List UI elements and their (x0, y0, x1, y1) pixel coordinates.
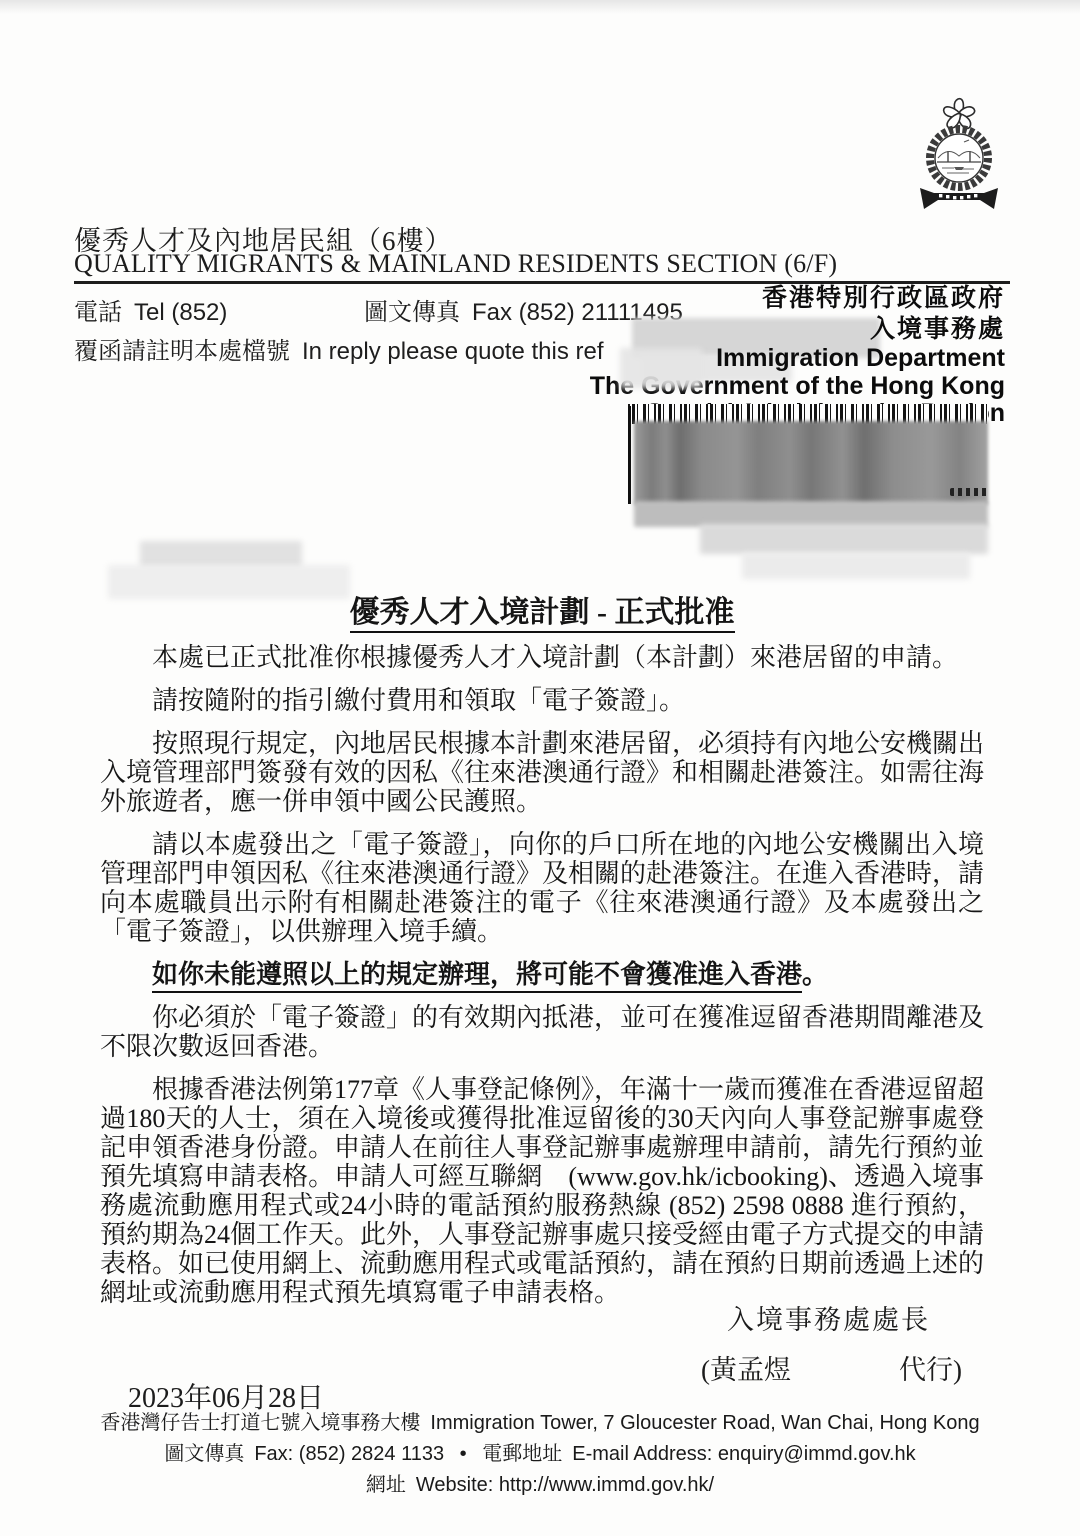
ref-row: 覆函請註明本處檔號In reply please quote this ref (74, 331, 604, 366)
footer: 香港灣仔告士打道七號入境事務大樓Immigration Tower, 7 Glo… (0, 1408, 1080, 1501)
footer-email: E-mail Address: enquiry@immd.gov.hk (572, 1443, 915, 1465)
barcode-fragment (950, 488, 988, 496)
tel-label-en: Tel (852) (134, 299, 227, 326)
barcode-edge (628, 406, 631, 504)
redacted-address-block (634, 421, 988, 505)
section-title-en: QUALITY MIGRANTS & MAINLAND RESIDENTS SE… (74, 249, 837, 279)
paragraph-evisa-procedure: 請以本處發出之「電子簽證」，向你的戶口所在地的內地公安機關出入境管理部門申領因私… (100, 830, 984, 946)
tel-label-zh: 電話 (74, 300, 122, 326)
signature-title: 入境事務處處長 (727, 1298, 930, 1337)
redacted-address-block-3 (700, 524, 988, 554)
paragraph-mainland-permit: 按照現行規定，內地居民根據本計劃來港居留，必須持有內地公安機關出入境管理部門簽發… (100, 729, 984, 816)
paragraph-approval: 本處已正式批准你根據優秀人才入境計劃（本計劃）來港居留的申請。 (100, 643, 984, 672)
immigration-department-emblem-icon (914, 96, 1004, 221)
dept-zh-line1: 香港特別行政區政府 (590, 283, 1005, 314)
footer-contact: 圖文傳真Fax: (852) 2824 1133 • 電郵地址E-mail Ad… (0, 1439, 1080, 1470)
scan-edge (0, 0, 1080, 14)
paragraph-fee-evisa: 請按隨附的指引繳付費用和領取「電子簽證」。 (100, 686, 984, 715)
footer-website: 網址Website: http://www.immd.gov.hk/ (0, 1470, 1080, 1501)
paragraph-id-registration: 根據香港法例第177章《人事登記條例》，年滿十一歲而獲准在香港逗留超過180天的… (100, 1075, 984, 1307)
ref-label-zh: 覆函請註明本處檔號 (74, 339, 290, 365)
letter-body: 優秀人才入境計劃 - 正式批准 本處已正式批准你根據優秀人才入境計劃（本計劃）來… (100, 598, 984, 1321)
tel-row: 電話Tel (852) (74, 292, 227, 327)
paragraph-validity: 你必須於「電子簽證」的有效期內抵港，並可在獲准逗留香港期間離港及不限次數返回香港… (100, 1003, 984, 1061)
fax-label-zh: 圖文傳真 (364, 300, 460, 326)
signature-name: (黃孟煜 代行) (701, 1348, 962, 1387)
redacted-address-block-4 (742, 553, 970, 579)
ref-label-en: In reply please quote this ref (302, 338, 604, 365)
letter-title: 優秀人才入境計劃 - 正式批准 (100, 598, 984, 627)
scan-smudge (620, 348, 702, 388)
paragraph-warning: 如你未能遵照以上的規定辦理，將可能不會獲准進入香港。 (100, 960, 984, 989)
letter-page: 優秀人才及內地居民組（6樓） QUALITY MIGRANTS & MAINLA… (0, 0, 1080, 1536)
dept-zh-line2: 入境事務處 (590, 314, 1005, 345)
footer-address: 香港灣仔告士打道七號入境事務大樓Immigration Tower, 7 Glo… (0, 1408, 1080, 1439)
footer-separator: • (460, 1443, 467, 1465)
redacted-addressee-line2 (108, 565, 350, 599)
